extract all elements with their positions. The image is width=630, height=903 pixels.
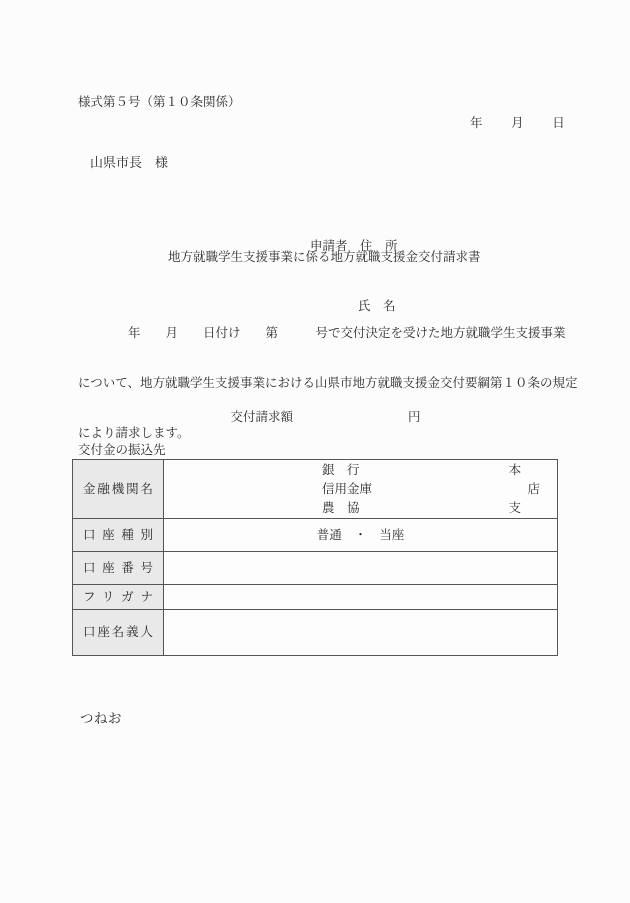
table-row: 口座名義人: [73, 610, 558, 656]
amount-label: 交付請求額: [231, 410, 294, 424]
branch-char: 店: [527, 480, 540, 499]
amount-line: 交付請求額円: [218, 396, 421, 439]
furigana-label: フリガナ: [83, 590, 153, 604]
bank-type-label: 銀 行: [322, 463, 360, 477]
row-label-cell: 口座種別: [73, 519, 164, 552]
financial-institution-value-cell: 銀 行 本 信用金庫 店 農 協 支: [164, 460, 558, 519]
addressee: 山県市長 様: [90, 156, 168, 171]
branch-char: 本: [508, 461, 521, 480]
account-number-label: 口座番号: [83, 561, 153, 575]
furigana-value-cell: [164, 585, 558, 610]
bank-transfer-table: 金融機関名 銀 行 本 信用金庫 店 農 協 支: [72, 459, 558, 656]
table-row: フリガナ: [73, 585, 558, 610]
row-label-cell: 金融機関名: [73, 460, 164, 519]
account-type-value-cell: 普通 ・ 当座: [164, 519, 558, 552]
date-line: 年 月 日: [470, 116, 566, 130]
bank-line: 銀 行 本: [164, 461, 557, 480]
account-holder-label: 口座名義人: [83, 625, 153, 639]
bank-type-label: 農 協: [322, 501, 360, 515]
table-row: 口座種別 普通 ・ 当座: [73, 519, 558, 552]
bank-line: 信用金庫 店: [164, 480, 557, 499]
table-row: 金融機関名 銀 行 本 信用金庫 店 農 協 支: [73, 460, 558, 519]
table-caption: 交付金の振込先: [78, 443, 166, 457]
body-line-1: 年 月 日付け 第 号で交付決定を受けた地方就職学生支援事業: [78, 323, 584, 345]
bank-line: 農 協 支: [164, 499, 557, 518]
row-label-cell: 口座名義人: [73, 610, 164, 656]
table-row: 口座番号: [73, 552, 558, 585]
bank-type-label: 信用金庫: [322, 482, 372, 496]
account-holder-value-cell: [164, 610, 558, 656]
document-title: 地方就職学生支援事業に係る地方就職支援金交付請求書: [168, 250, 481, 264]
account-number-value-cell: [164, 552, 558, 585]
amount-unit: 円: [408, 410, 421, 424]
branch-char: 支: [508, 499, 521, 518]
signature-text: つねお: [80, 711, 122, 727]
row-label-cell: フリガナ: [73, 585, 164, 610]
form-number: 様式第５号（第１０条関係）: [78, 95, 241, 109]
document-page: 様式第５号（第１０条関係） 年 月 日 山県市長 様 申請者 住 所 氏 名 地…: [0, 0, 630, 903]
row-label-cell: 口座番号: [73, 552, 164, 585]
body-line-2: について、地方就職学生支援事業における山県市地方就職支援金交付要綱第１０条の規定: [78, 373, 584, 395]
account-type-label: 口座種別: [83, 528, 153, 542]
financial-institution-label: 金融機関名: [83, 482, 153, 496]
